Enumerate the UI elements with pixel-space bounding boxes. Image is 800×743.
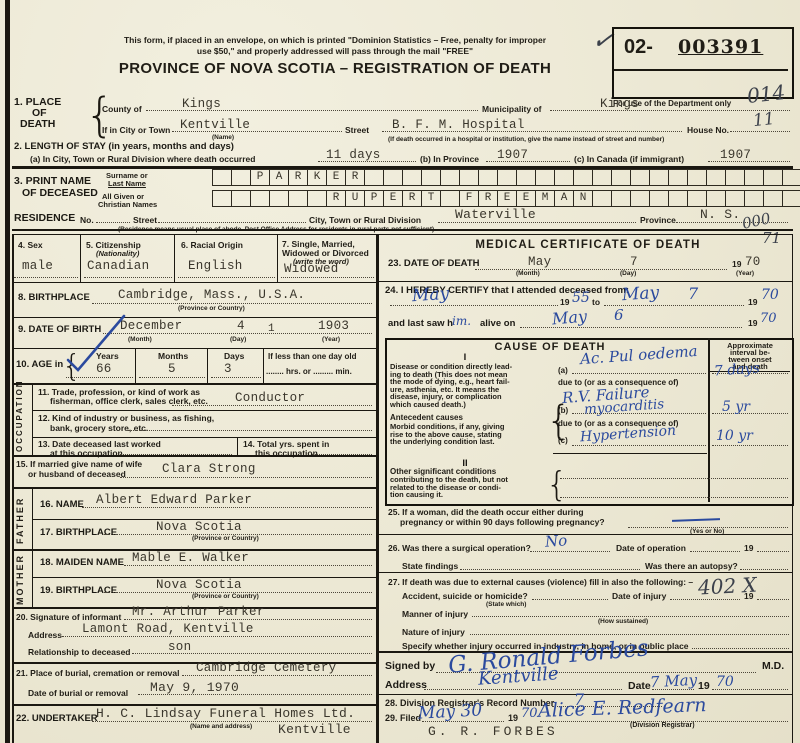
rule-v — [237, 437, 238, 455]
grid-cell: E — [497, 190, 517, 207]
grid-cell — [630, 190, 650, 207]
grid-cell — [592, 190, 612, 207]
dotted-line — [281, 275, 374, 278]
sex-value: male — [22, 259, 53, 273]
grid-cell — [573, 169, 593, 186]
grid-cell: E — [326, 169, 346, 186]
rule-v — [207, 348, 208, 383]
grid-cell: R — [288, 169, 308, 186]
dotted-line — [670, 597, 740, 600]
burial-place-label: 21. Place of burial, cremation or remova… — [16, 668, 179, 678]
grid-cell: R — [478, 190, 498, 207]
stay-c-value: 1907 — [720, 148, 751, 162]
grid-cell — [364, 169, 384, 186]
attended-to-day: 7 — [688, 284, 698, 303]
q26-value: No — [544, 531, 567, 551]
rule-v — [32, 383, 33, 455]
county-value: Kings — [182, 97, 221, 111]
city-town-value: Kentville — [180, 118, 250, 132]
birthplace-label: 8. BIRTHPLACE — [18, 292, 90, 303]
filed-date-value: May 30 — [418, 700, 483, 723]
filed-label: 29. Filed — [385, 713, 421, 723]
cause-a-interval: 7 days — [713, 360, 760, 379]
rule-h — [376, 534, 793, 535]
death-day-note: (Day) — [620, 270, 636, 277]
grid-cell — [611, 169, 631, 186]
cause-desc-6: which caused death.) — [390, 400, 466, 409]
residence-city-label: City, Town or Rural Division — [309, 215, 421, 225]
dotted-line — [158, 220, 306, 223]
rule-v — [263, 348, 264, 383]
informant-address-value: Lamont Road, Kentville — [82, 622, 254, 636]
last-saw-label: and last saw h — [388, 318, 453, 329]
place-of-death-label3: DEATH — [20, 118, 55, 130]
grid-cell: R — [402, 190, 422, 207]
burial-date-label: Date of burial or removal — [28, 688, 128, 698]
mail-note-line2: use $50," and properly addressed will pa… — [55, 46, 615, 56]
birthplace-note: (Province or Country) — [178, 305, 245, 312]
grid-cell — [592, 169, 612, 186]
rule-v — [80, 235, 81, 282]
registration-number: 003391 — [678, 36, 763, 58]
antecedent-label: Antecedent causes — [390, 413, 463, 422]
birth-day-note: (Day) — [230, 336, 246, 343]
division-registrar-note: (Division Registrar) — [630, 722, 695, 729]
dotted-line — [475, 267, 727, 270]
age-check-mark — [58, 308, 133, 376]
residence-province-value: N. S. — [700, 207, 741, 222]
city-town-label: If in City or Town — [102, 125, 170, 135]
residence-city-value: Waterville — [455, 207, 536, 222]
death-day-value: 7 — [630, 255, 638, 269]
grid-cell: E — [516, 190, 536, 207]
dotted-line — [128, 428, 372, 431]
undertaker-note: (Name and address) — [190, 723, 252, 730]
q26-19: 19 — [744, 543, 753, 553]
rule-h — [12, 229, 793, 231]
cause-b-label: (b) — [558, 406, 568, 415]
dotted-line — [460, 567, 640, 570]
racial-origin-value: English — [188, 259, 243, 273]
grid-cell — [231, 169, 251, 186]
grid-cell — [497, 169, 517, 186]
dotted-line — [472, 614, 789, 617]
signed-address-label: Address — [385, 679, 427, 691]
q27-manner-label: Manner of injury — [402, 609, 468, 619]
rule-h — [376, 281, 793, 282]
marital-value: Widowed — [284, 262, 339, 276]
birth-day-value: 4 — [237, 319, 245, 333]
q25-label: 25. If a woman, did the death occur eith… — [388, 507, 584, 517]
mother-birthplace-note: (Province or Country) — [192, 593, 259, 600]
grid-cell — [630, 169, 650, 186]
q26-autopsy-label: Was there an autopsy? — [645, 561, 738, 571]
attended-from-month: May — [411, 284, 449, 307]
dept-code-handwritten: 014 — [746, 80, 786, 108]
racial-origin-label: 6. Racial Origin — [181, 240, 243, 250]
death-month-value: May — [528, 255, 551, 269]
signed-by-label: Signed by — [385, 660, 435, 672]
signed-date-year: 70 — [716, 674, 734, 690]
birth-year-note: (Year) — [322, 336, 340, 343]
surname-grid: PARKER — [213, 169, 800, 186]
stay-c-label: (c) In Canada (if immigrant) — [574, 154, 684, 164]
rule-h — [32, 410, 376, 411]
grid-cell — [782, 190, 800, 207]
occupation-industry-label: 12. Kind of industry or business, as fis… — [38, 413, 214, 423]
attended-to-year: 70 — [761, 287, 779, 303]
rule-h — [12, 487, 376, 489]
filed-19: 19 — [508, 713, 518, 723]
grid-cell — [668, 169, 688, 186]
grid-cell: E — [383, 190, 403, 207]
dotted-line — [84, 275, 172, 278]
dotted-line — [560, 495, 788, 498]
dotted-line — [740, 567, 788, 570]
father-birthplace-note: (Province or Country) — [192, 535, 259, 542]
rule-v — [174, 235, 175, 282]
grid-cell: M — [535, 190, 555, 207]
undertaker-value: H. C. Lindsay Funeral Homes Ltd. — [96, 706, 355, 721]
rule-h — [12, 455, 376, 457]
dotted-line — [211, 375, 261, 378]
age-months-label: Months — [158, 351, 188, 361]
stay-a-value: 11 days — [326, 148, 381, 162]
grid-cell — [725, 169, 745, 186]
dotted-line — [692, 646, 789, 649]
age-days-value: 3 — [224, 362, 232, 376]
division-registrar-signature: Alice E. Redfearn — [538, 694, 707, 722]
spouse-label: 15. If married give name of wife — [16, 459, 142, 469]
municipality-label: Municipality of — [482, 104, 542, 114]
dotted-line — [470, 632, 789, 635]
grid-cell: R — [326, 190, 346, 207]
grid-cell — [763, 190, 783, 207]
grid-cell — [554, 169, 574, 186]
length-of-stay-label: 2. LENGTH OF STAY (in years, months and … — [14, 141, 234, 152]
dotted-line — [96, 220, 130, 223]
grid-cell — [687, 169, 707, 186]
grid-cell — [478, 169, 498, 186]
age-months-value: 5 — [168, 362, 176, 376]
father-section-label: FATHER — [15, 492, 25, 544]
attended-to-19: 19 — [748, 297, 757, 307]
death-year-value: 70 — [745, 255, 761, 269]
last-saw-year: 70 — [760, 311, 777, 326]
name-note: (Name) — [212, 134, 234, 141]
signed-address-value: Kentville — [477, 663, 559, 690]
grid-cell — [402, 169, 422, 186]
grid-cell: P — [250, 169, 270, 186]
residence-street-label: Street — [133, 215, 157, 225]
dotted-line — [532, 597, 608, 600]
print-name-label2: OF DECEASED — [22, 187, 98, 199]
signed-date-label: Date — [628, 680, 651, 692]
antecedent-desc-3: the underlying condition last. — [390, 437, 495, 446]
rule-h — [12, 282, 376, 283]
father-name-label: 16. NAME — [40, 499, 84, 510]
street-value: B. F. M. Hospital — [392, 118, 525, 132]
birthplace-value: Cambridge, Mass., U.S.A. — [118, 288, 305, 302]
grid-cell — [744, 169, 764, 186]
q27-label: 27. If death was due to external causes … — [388, 577, 693, 587]
attended-from-19: 19 — [560, 297, 569, 307]
rule-h — [12, 383, 376, 385]
forbes-typed-name: G. R. FORBES — [428, 724, 558, 739]
burial-date-value: May 9, 1970 — [150, 680, 239, 695]
grid-cell — [744, 190, 764, 207]
rule-v — [277, 235, 278, 282]
grid-cell — [782, 169, 800, 186]
md-label: M.D. — [762, 660, 784, 672]
scan-edge-bar — [5, 0, 10, 743]
stay-b-value: 1907 — [497, 148, 528, 162]
grid-cell: U — [345, 190, 365, 207]
dotted-line — [14, 275, 78, 278]
dotted-line — [424, 687, 622, 690]
q27-accident-label: Accident, suicide or homicide? — [402, 591, 528, 601]
residence-label: RESIDENCE — [14, 212, 75, 224]
surname-label2: Last Name — [108, 179, 146, 188]
grid-cell: F — [459, 190, 479, 207]
dotted-line — [757, 597, 789, 600]
father-name-value: Albert Edward Parker — [96, 493, 252, 507]
stay-a-label: (a) In City, Town or Rural Division wher… — [30, 154, 255, 164]
dotted-line — [530, 549, 610, 552]
signed-date-value: 7 May — [650, 671, 698, 691]
rule-h — [553, 453, 707, 454]
county-label: County of — [102, 104, 142, 114]
date-of-death-label: 23. DATE OF DEATH — [388, 258, 480, 269]
house-no-label: House No. — [687, 125, 729, 135]
grid-cell: A — [269, 169, 289, 186]
mother-birthplace-value: Nova Scotia — [156, 578, 242, 592]
grid-cell — [459, 169, 479, 186]
grid-cell — [269, 190, 289, 207]
grid-cell — [611, 190, 631, 207]
spouse-label2: or husband of deceased — [28, 469, 126, 479]
mother-name-value: Mable E. Walker — [132, 551, 249, 565]
stay-b-label: (b) In Province — [420, 154, 479, 164]
grid-cell — [763, 169, 783, 186]
q27-accident-note: (State which) — [486, 601, 526, 608]
total-years-label2: this occupation — [255, 448, 318, 458]
grid-cell: K — [307, 169, 327, 186]
q26-date-label: Date of operation — [616, 543, 686, 553]
grid-cell — [649, 169, 669, 186]
municipality-value: Kings — [600, 97, 639, 111]
relationship-label: Relationship to deceased — [28, 647, 131, 657]
grid-cell — [250, 190, 270, 207]
attended-to-month: May — [621, 283, 659, 306]
burial-place-value: Cambridge Cemetery — [196, 661, 336, 675]
age-less-label2: ........ hrs. or ......... min. — [266, 367, 352, 376]
brace: { — [546, 465, 568, 505]
death-year-19: 19 — [732, 259, 741, 269]
last-worked-label2: at this occupation — [50, 448, 123, 458]
street-label: Street — [345, 125, 369, 135]
rule-h — [614, 69, 788, 71]
attended-to-label: to — [592, 297, 600, 307]
grid-cell — [421, 169, 441, 186]
dotted-line — [139, 375, 205, 378]
hospital-note: (If death occurred in a hospital or inst… — [388, 136, 664, 143]
last-saw-19: 19 — [748, 318, 757, 328]
rule-h — [12, 234, 793, 235]
grid-cell — [288, 190, 308, 207]
cause-a-label: (a) — [558, 366, 568, 375]
grid-cell: N — [573, 190, 593, 207]
other-cond-4: tion causing it. — [390, 490, 443, 499]
grid-cell — [212, 169, 232, 186]
birth-year-value: 1903 — [318, 319, 349, 333]
rule-v — [376, 235, 379, 743]
age-less-label: If less than one day old — [268, 352, 356, 361]
dotted-line — [572, 371, 706, 374]
age-days-label: Days — [224, 351, 244, 361]
grid-cell — [440, 169, 460, 186]
rule-v — [135, 348, 136, 383]
cause-b-interval: 5 yr — [722, 399, 750, 415]
q27-manner-note: (How sustained) — [598, 618, 648, 625]
given-names-grid: RUPERTFREEMAN — [213, 190, 800, 207]
dotted-line — [690, 549, 740, 552]
rule-v — [32, 487, 33, 549]
house-no-value: 11 — [752, 109, 776, 131]
citizenship-sublabel: (Nationality) — [96, 249, 139, 258]
grid-cell — [212, 190, 232, 207]
grid-cell — [649, 190, 669, 207]
stray-mark: 1 — [268, 323, 275, 335]
informant-label: 20. Signature of informant — [16, 612, 121, 622]
residence-no-label: No. — [80, 215, 94, 225]
grid-cell — [516, 169, 536, 186]
occupation-section-label: OCCUPATION — [15, 388, 24, 452]
grid-cell: R — [345, 169, 365, 186]
q27-injury-date-label: Date of injury — [612, 591, 666, 601]
grid-cell: T — [421, 190, 441, 207]
rule-h — [32, 437, 376, 438]
q26-label: 26. Was there a surgical operation? — [388, 543, 531, 553]
q27-19: 19 — [744, 591, 753, 601]
sex-label: 4. Sex — [18, 240, 43, 250]
filed-year-value: 70 — [521, 706, 538, 721]
dotted-line — [757, 549, 789, 552]
death-year-note: (Year) — [736, 270, 754, 277]
attended-from-year: 55 — [572, 290, 590, 306]
q26-findings-label: State findings — [402, 561, 458, 571]
last-saw-him: im. — [452, 314, 471, 328]
residence-province-label: Province — [640, 215, 676, 225]
father-birthplace-value: Nova Scotia — [156, 520, 242, 534]
mother-section-label: MOTHER — [15, 553, 25, 605]
citizenship-value: Canadian — [87, 259, 149, 273]
cause-c-interval: 10 yr — [716, 428, 753, 444]
spouse-value: Clara Strong — [162, 462, 256, 476]
grid-cell — [725, 190, 745, 207]
alive-on-label: alive on — [480, 318, 515, 329]
last-saw-day: 6 — [614, 306, 624, 324]
death-month-note: (Month) — [516, 270, 540, 277]
relationship-value: son — [168, 640, 191, 654]
signed-date-19: 19 — [698, 680, 710, 692]
given-names-label2: Christian Names — [98, 200, 157, 209]
rule-v — [12, 235, 14, 743]
death-certificate-form: This form, if placed in an envelope, on … — [0, 0, 800, 743]
registration-prefix: 02- — [624, 36, 653, 59]
grid-cell — [668, 190, 688, 207]
rule-h — [376, 694, 793, 695]
dotted-line — [178, 275, 275, 278]
q27-nature-label: Nature of injury — [402, 627, 465, 637]
medical-certificate-title: MEDICAL CERTIFICATE OF DEATH — [383, 239, 793, 251]
form-title: PROVINCE OF NOVA SCOTIA – REGISTRATION O… — [55, 60, 615, 77]
q25-hand-dash — [672, 518, 720, 522]
last-saw-month: May — [551, 307, 587, 329]
cause-c-label: (c) — [558, 436, 568, 445]
informant-address-label: Address — [28, 630, 62, 640]
grid-cell — [440, 190, 460, 207]
print-name-label: 3. PRINT NAME — [14, 175, 91, 187]
occupation-trade-value: Conductor — [235, 391, 305, 405]
grid-cell — [706, 169, 726, 186]
grid-cell — [383, 169, 403, 186]
q25-label2: pregnancy or within 90 days following pr… — [400, 517, 605, 527]
grid-cell: A — [554, 190, 574, 207]
mail-note-line1: This form, if placed in an envelope, on … — [55, 35, 615, 45]
undertaker-town-value: Kentville — [278, 722, 351, 737]
grid-cell — [307, 190, 327, 207]
grid-cell — [706, 190, 726, 207]
undertaker-label: 22. UNDERTAKER — [16, 713, 98, 724]
grid-cell: P — [364, 190, 384, 207]
age-label: 10. AGE in — [16, 359, 63, 370]
grid-cell — [687, 190, 707, 207]
grid-cell — [231, 190, 251, 207]
dotted-line — [560, 476, 788, 479]
mother-name-label: 18. MAIDEN NAME — [40, 557, 124, 568]
grid-cell — [535, 169, 555, 186]
informant-name-value: Mr. Arthur Parker — [132, 605, 265, 619]
